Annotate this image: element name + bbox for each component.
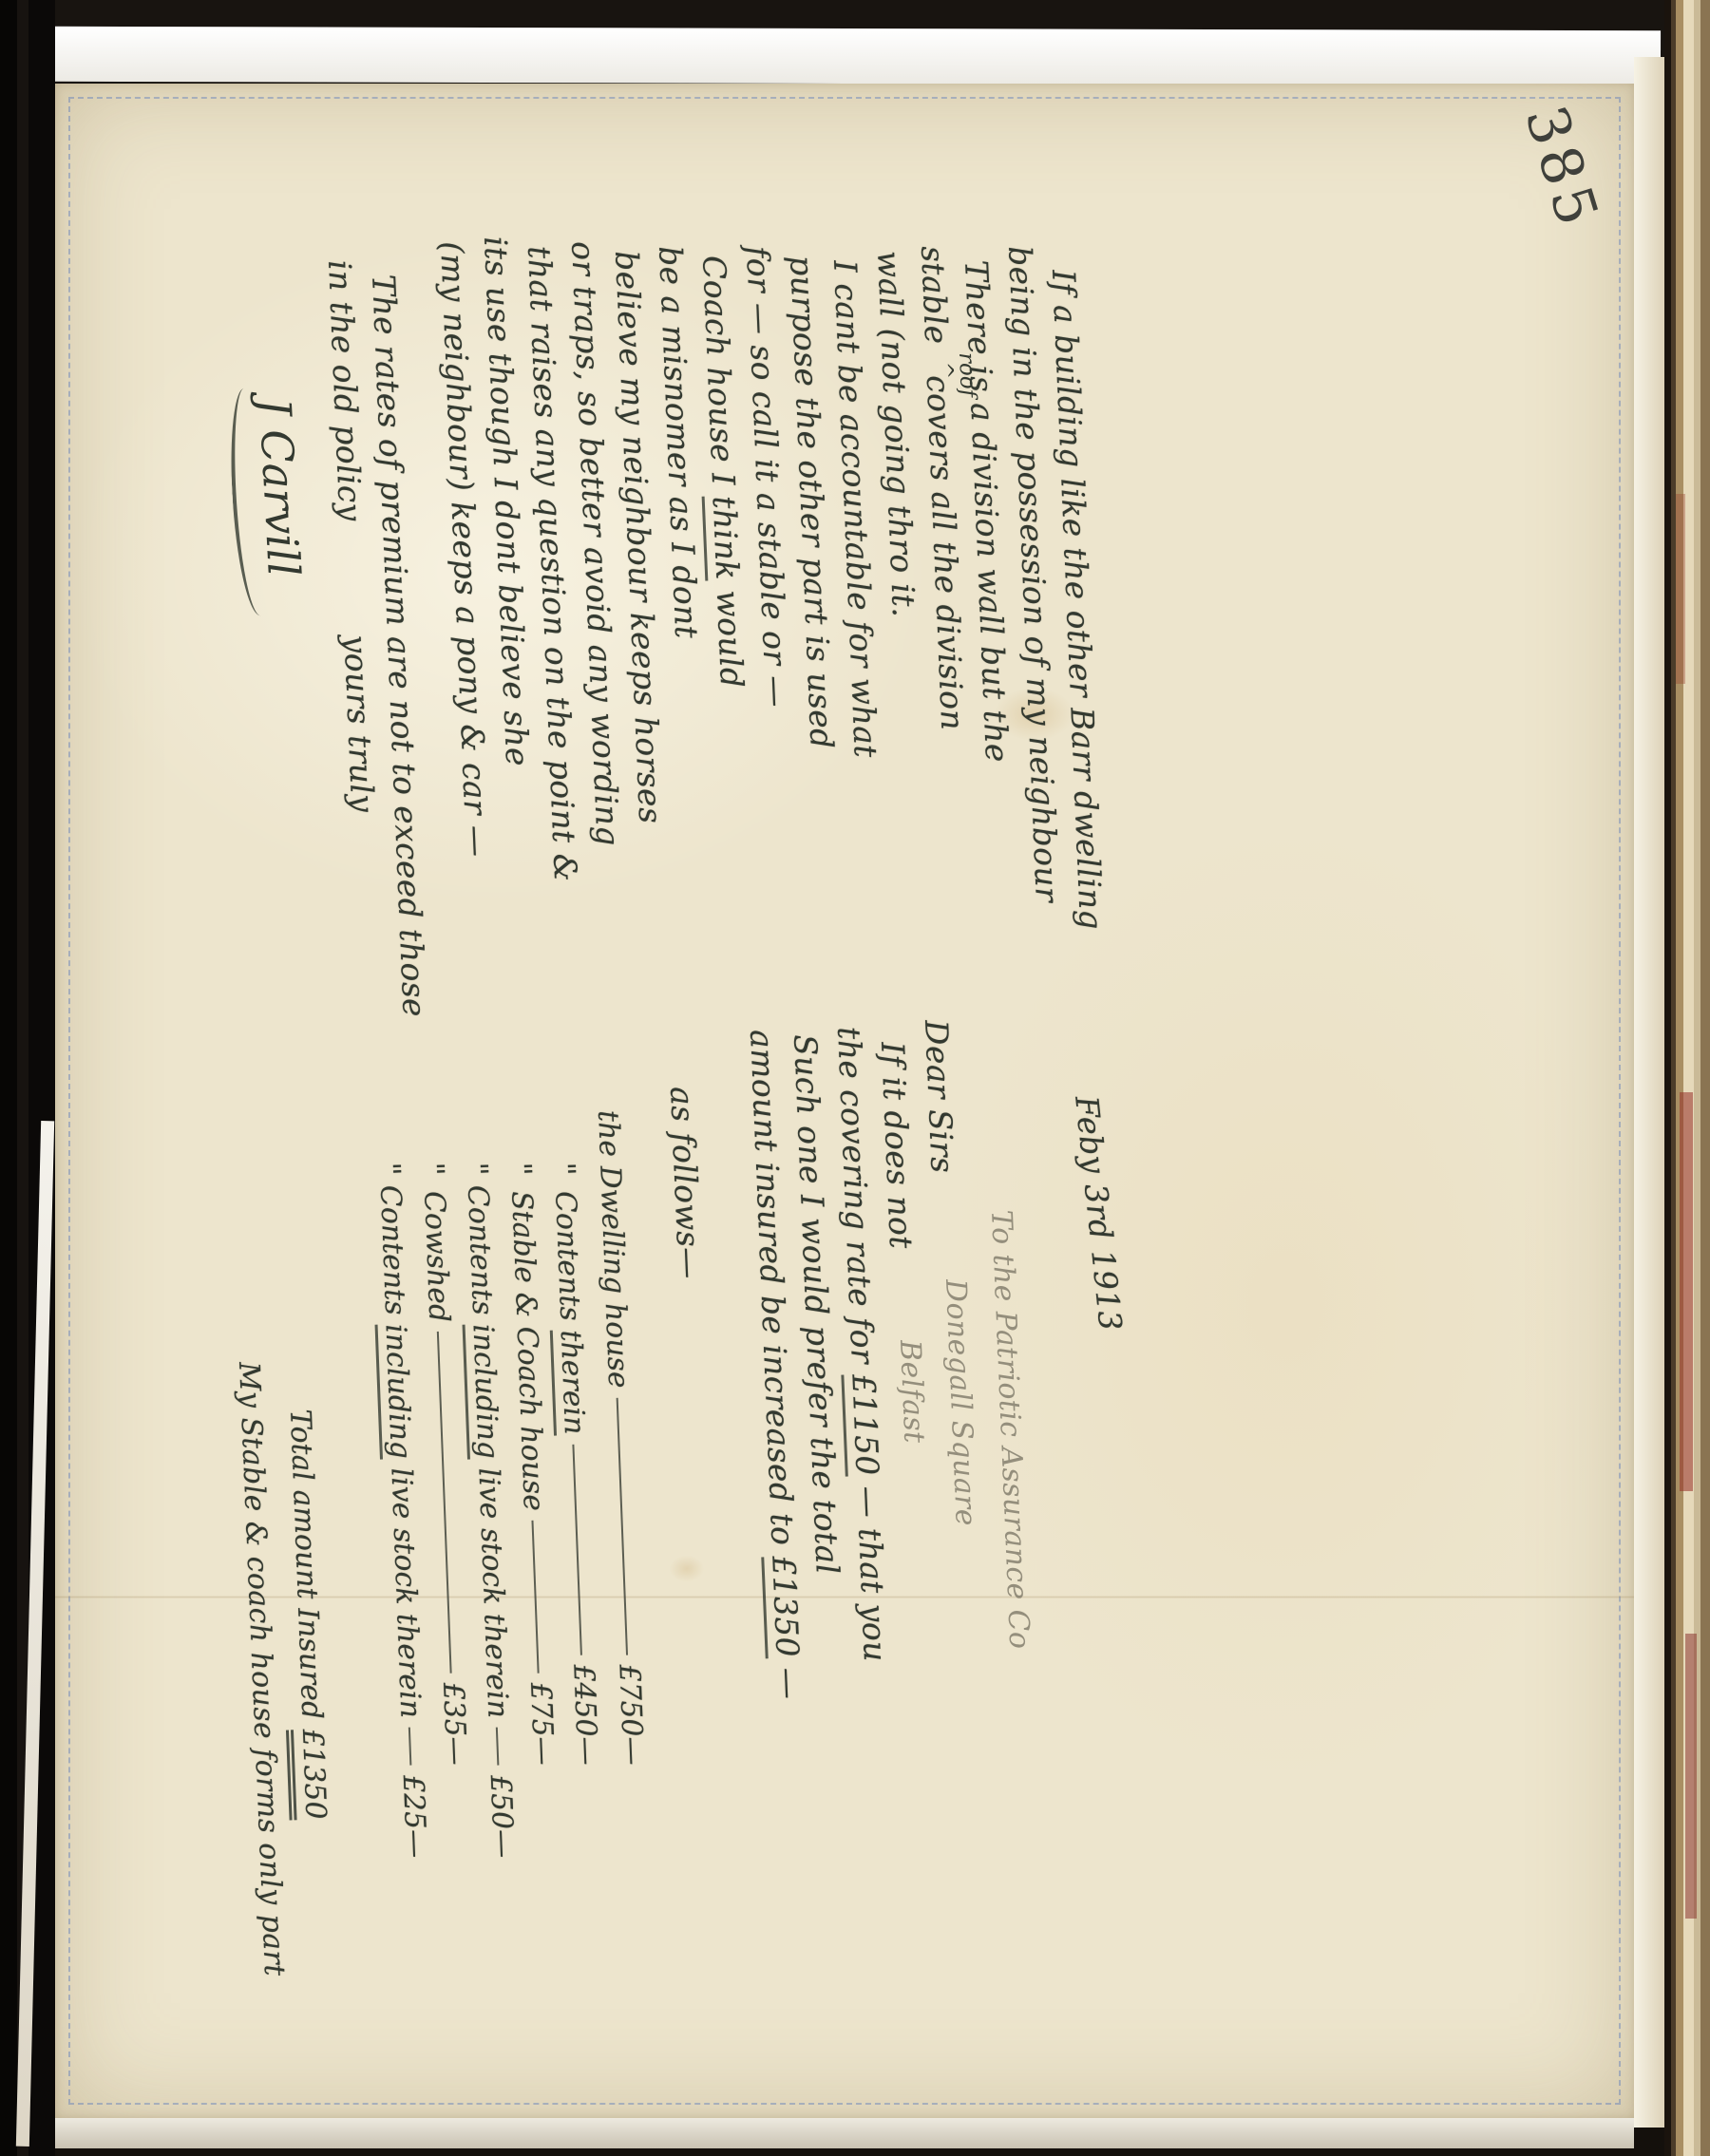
ditto-mark: " [503, 1162, 538, 1182]
letter-book-page: 385 If a building like the other Barr dw… [55, 84, 1634, 2118]
schedule-amount: £50— [484, 1774, 520, 1859]
dash-rule [437, 1332, 452, 1673]
fore-edge-marbling [1676, 494, 1685, 684]
dash-rule [531, 1521, 539, 1673]
letter-book-photograph: 385 If a building like the other Barr dw… [0, 0, 1710, 2156]
label-text: Contents [461, 1184, 500, 1325]
recipient-line: Belfast [893, 1339, 931, 1444]
underlined-word: including [463, 1323, 504, 1459]
fore-edge-marbling [1680, 1092, 1693, 1491]
schedule-label: the Dwelling house [591, 1109, 635, 1389]
total-amount: £1350 [286, 1729, 332, 1821]
underlying-page-edge-bottom [47, 2116, 1634, 2148]
schedule-total-row: Total amount Insured £1350 [274, 1409, 330, 1766]
schedule-label: Contents including live stock therein [461, 1184, 515, 1719]
schedule-label: Stable & Coach house [504, 1190, 550, 1511]
label-text: live stock therein [384, 1458, 427, 1718]
line-text: covers all the division [920, 374, 972, 731]
letter-line: If it does not [874, 1041, 920, 1249]
letter-line: as follows— [663, 1086, 708, 1279]
ditto-mark: " [460, 1162, 494, 1176]
caret-mark: ^ [933, 361, 958, 379]
schedule-label: Cowshed [417, 1190, 455, 1323]
label-text: Contents [548, 1190, 587, 1331]
valediction: yours truly [337, 634, 382, 813]
caret-insertion-word: roof [954, 351, 980, 397]
underlined-word: including [375, 1323, 417, 1459]
closing-line: The rates of premium are not to exceed t… [365, 274, 433, 1017]
letter-date: Feby 3rd 1913 [1068, 1094, 1130, 1333]
recipient-line: To the Patriotic Assurance Co [984, 1209, 1035, 1650]
line-text: would [709, 579, 750, 689]
closing-text: in the old policy [321, 259, 369, 521]
ditto-mark: " [416, 1162, 450, 1182]
page-number: 385 [1511, 99, 1612, 238]
underlined-amount: £1350 [761, 1555, 806, 1658]
salutation: Dear Sirs [918, 1019, 961, 1174]
label-text: live stock therein [471, 1458, 514, 1718]
letter-line: wall (not going thro it. [870, 250, 922, 618]
schedule-label: Contents therein [548, 1190, 591, 1435]
dash-rule [496, 1728, 500, 1766]
rotated-handwriting-layer: 385 If a building like the other Barr dw… [56, 85, 1633, 2117]
line-text: the covering rate for [830, 1026, 882, 1374]
underlying-page-edge-top [53, 27, 1661, 85]
line-text: stable [914, 245, 955, 345]
schedule-amount: £450— [566, 1664, 603, 1767]
underlined-word: therein [550, 1330, 591, 1436]
page-edge-right [1634, 57, 1664, 2128]
dash-rule [408, 1728, 412, 1766]
ditto-mark: " [547, 1162, 581, 1182]
dash-rule [617, 1398, 628, 1655]
line-text: Coach house I [695, 255, 743, 497]
line-text: — that you [849, 1475, 894, 1663]
schedule-amount: £75— [523, 1682, 560, 1767]
schedule-amount: £35— [436, 1682, 472, 1767]
label-text: Contents [373, 1184, 412, 1325]
line-text: — [769, 1656, 808, 1700]
ditto-mark: " [372, 1162, 407, 1176]
fore-edge-marbling [1685, 1634, 1697, 1919]
recipient-line: Donegall Square [939, 1278, 982, 1526]
underlined-amount: £1150 [841, 1373, 885, 1477]
schedule-amount: £25— [396, 1774, 432, 1859]
schedule-label: Contents including live stock therein [373, 1184, 427, 1719]
schedule-amount: £750— [612, 1664, 649, 1767]
underlined-word: think [702, 495, 747, 580]
total-label: Total amount Insured [283, 1409, 329, 1720]
dash-rule [572, 1444, 582, 1655]
